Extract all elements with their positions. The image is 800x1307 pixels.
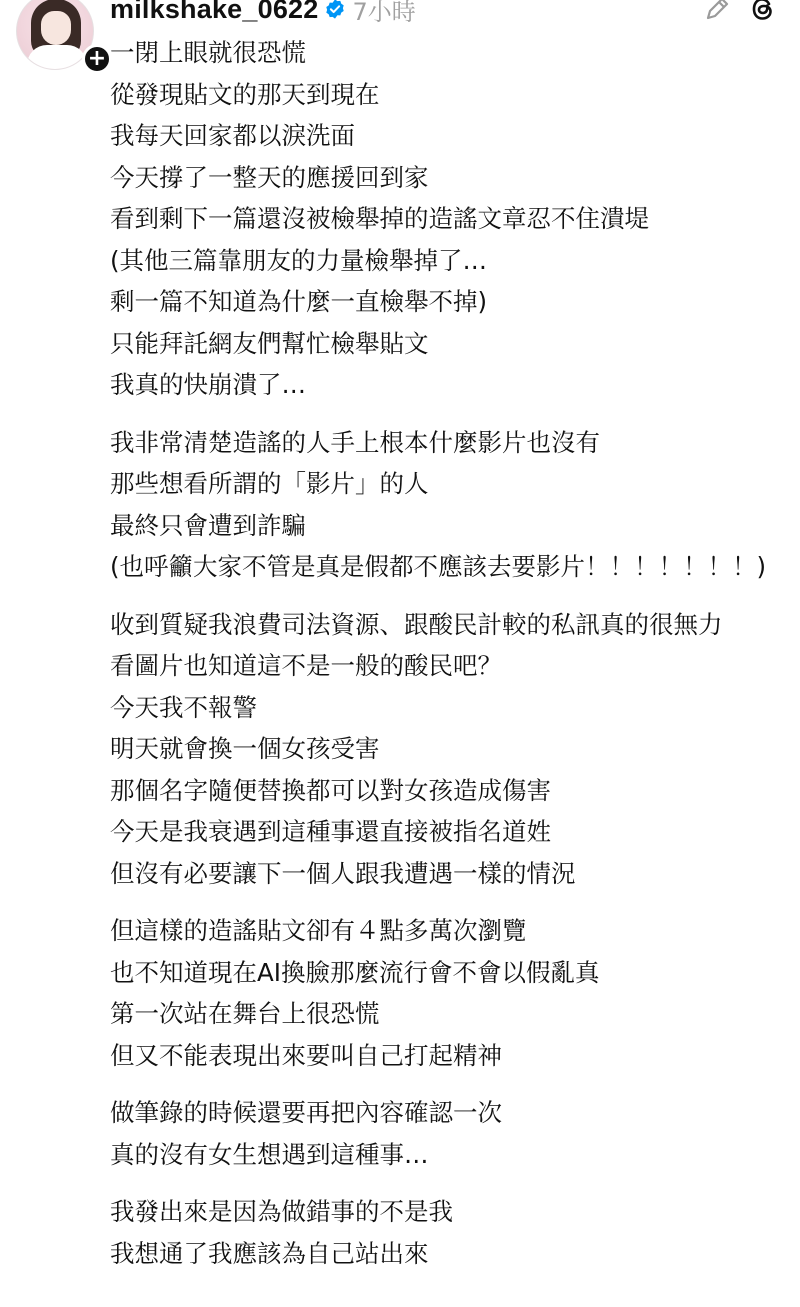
text-line: 只能拜託網友們幫忙檢舉貼文 (110, 323, 780, 365)
post-timestamp: 7小時 (352, 0, 415, 27)
avatar-face (41, 11, 71, 45)
text-line: 看到剩下一篇還沒被檢舉掉的造謠文章忍不住潰堤 (110, 198, 780, 240)
author-username[interactable]: milkshake_0622 (110, 0, 318, 25)
text-line: 剩一篇不知道為什麼一直檢舉不掉) (110, 281, 780, 323)
text-line: 也不知道現在AI換臉那麼流行會不會以假亂真 (110, 952, 780, 994)
text-line: 今天撐了一整天的應援回到家 (110, 157, 780, 199)
plus-icon: + (88, 46, 106, 71)
post-header: milkshake_0622 7小時 (110, 0, 416, 26)
text-line: 從發現貼文的那天到現在 (110, 74, 780, 116)
text-line: 看圖片也知道這不是一般的酸民吧？ (110, 645, 780, 687)
text-line: 今天是我衰遇到這種事還直接被指名道姓 (110, 811, 780, 853)
text-line: 最終只會遭到詐騙 (110, 505, 780, 547)
text-line: 一閉上眼就很恐慌 (110, 32, 780, 74)
paragraph: 但這樣的造謠貼文卻有４點多萬次瀏覽 也不知道現在AI換臉那麼流行會不會以假亂真 … (110, 910, 780, 1076)
follow-plus-button[interactable]: + (82, 44, 112, 74)
avatar-shirt (27, 45, 87, 70)
paragraph: 一閉上眼就很恐慌 從發現貼文的那天到現在 我每天回家都以淚洗面 今天撐了一整天的… (110, 32, 780, 406)
text-line: 我發出來是因為做錯事的不是我 (110, 1191, 780, 1233)
text-line: 但又不能表現出來要叫自己打起精神 (110, 1035, 780, 1077)
text-line: 真的沒有女生想遇到這種事… (110, 1134, 780, 1176)
post-body: 一閉上眼就很恐慌 從發現貼文的那天到現在 我每天回家都以淚洗面 今天撐了一整天的… (110, 32, 780, 1290)
paragraph: 做筆錄的時候還要再把內容確認一次 真的沒有女生想遇到這種事… (110, 1092, 780, 1175)
text-line: 那個名字隨便替換都可以對女孩造成傷害 (110, 770, 780, 812)
text-line: 我非常清楚造謠的人手上根本什麼影片也沒有 (110, 422, 780, 464)
text-line: 但這樣的造謠貼文卻有４點多萬次瀏覽 (110, 910, 780, 952)
author-avatar[interactable]: + (16, 0, 94, 70)
text-line: 做筆錄的時候還要再把內容確認一次 (110, 1092, 780, 1134)
pencil-icon[interactable] (702, 0, 732, 24)
threads-logo-icon[interactable] (748, 0, 778, 24)
paragraph: 收到質疑我浪費司法資源、跟酸民計較的私訊真的很無力 看圖片也知道這不是一般的酸民… (110, 604, 780, 895)
text-line: (其他三篇靠朋友的力量檢舉掉了… (110, 240, 780, 282)
paragraph: 我發出來是因為做錯事的不是我 我想通了我應該為自己站出來 (110, 1191, 780, 1274)
text-line: 第一次站在舞台上很恐慌 (110, 993, 780, 1035)
text-line: 今天我不報警 (110, 687, 780, 729)
paragraph: 我非常清楚造謠的人手上根本什麼影片也沒有 那些想看所謂的「影片」的人 最終只會遭… (110, 422, 780, 588)
text-line: (也呼籲大家不管是真是假都不應該去要影片！！！！！！！) (110, 546, 780, 588)
text-line: 明天就會換一個女孩受害 (110, 728, 780, 770)
text-line: 我想通了我應該為自己站出來 (110, 1233, 780, 1275)
verified-badge-icon (324, 0, 346, 20)
text-line: 我每天回家都以淚洗面 (110, 115, 780, 157)
text-line: 那些想看所謂的「影片」的人 (110, 463, 780, 505)
text-line: 但沒有必要讓下一個人跟我遭遇一樣的情況 (110, 853, 780, 895)
text-line: 我真的快崩潰了… (110, 364, 780, 406)
text-line: 收到質疑我浪費司法資源、跟酸民計較的私訊真的很無力 (110, 604, 780, 646)
